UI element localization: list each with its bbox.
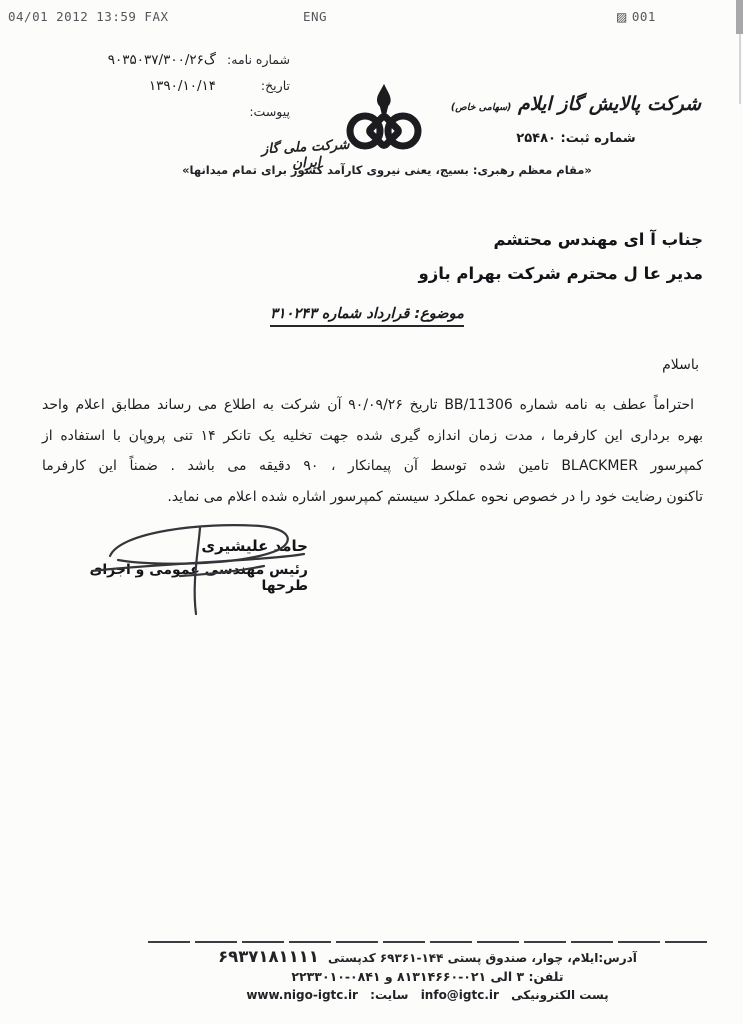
recipient-title: مدیر عا ل محترم شرکت بهرام بازو: [419, 257, 703, 291]
fax-station-label: ENG: [303, 9, 327, 24]
page-icon: ▨: [616, 11, 628, 23]
fax-timestamp: 04/01 2012 13:59 FAX: [8, 9, 169, 24]
letter-body: احتراماً عطف به نامه شماره BB/11306 تاری…: [42, 390, 703, 512]
body-line: احتراماً عطف به نامه شماره BB/11306 تاری…: [42, 390, 703, 421]
letter-meta-block: شماره نامه: گ۹۰۳۵۰۳۷/۳۰۰/۲۶ تاریخ: ۱۳۹۰/…: [108, 47, 290, 125]
footer-divider: [148, 941, 708, 943]
footer-website: www.nigo-igtc.ir: [246, 988, 358, 1002]
footer-address-line: آدرس:ایلام، چوار، صندوق پستی ۱۴۴-۶۹۳۶۱ ک…: [145, 947, 710, 968]
company-name-text: شرکت پالایش گاز ایلام: [518, 93, 701, 115]
recipient-block: جناب آ ای مهندس محتشم مدیر عا ل محترم شر…: [419, 223, 703, 291]
letter-number-value: گ۹۰۳۵۰۳۷/۳۰۰/۲۶: [108, 47, 216, 73]
footer-contact-line: پست الکترونیکی info@igtc.ir سایت: www.ni…: [145, 986, 710, 1005]
footer-email-label: پست الکترونیکی: [511, 988, 609, 1002]
fax-transmission-strip: 04/01 2012 13:59 FAX ENG ▨ 001: [0, 9, 743, 27]
fax-page-number: 001: [632, 9, 656, 24]
body-line: تاکنون رضایت خود را در خصوص نحوه عملکرد …: [42, 482, 703, 513]
body-line: بهره برداری این کارفرما ، مدت زمان انداز…: [42, 421, 703, 452]
letterhead-company-block: شرکت پالایش گاز ایلام (سهامی خاص) شماره …: [432, 92, 720, 146]
letter-number-row: شماره نامه: گ۹۰۳۵۰۳۷/۳۰۰/۲۶: [108, 47, 290, 73]
registration-number: شماره ثبت: ۲۵۴۸۰: [432, 131, 720, 146]
signature-block: حامد علیشیری رئیس مهندسی عمومی و اجرای ط…: [58, 537, 308, 594]
footer-block: آدرس:ایلام، چوار، صندوق پستی ۱۴۴-۶۹۳۶۱ ک…: [145, 947, 710, 1005]
company-type: (سهامی خاص): [451, 102, 511, 113]
scanned-fax-letter: 04/01 2012 13:59 FAX ENG ▨ 001 شماره نام…: [0, 0, 743, 1024]
letter-attachment-label: پیوست:: [222, 99, 290, 125]
footer-phone-line: تلفن: ۳ الی ۰۲۱-۸۱۳۱۴۶۶۰ و ۰۸۴۱-۲۲۳۳۰۱۰: [145, 968, 710, 986]
fax-page-indicator: ▨ 001: [616, 9, 656, 24]
letter-number-label: شماره نامه:: [222, 47, 290, 73]
footer-email: info@igtc.ir: [421, 988, 499, 1002]
recipient-name: جناب آ ای مهندس محتشم: [419, 223, 703, 257]
footer-postal-code: ۶۹۳۷۱۸۱۱۱۱: [218, 947, 319, 966]
subject-line: موضوع: قرارداد شماره ۳۱۰۲۴۳: [270, 306, 464, 327]
scan-artifact-edge: [739, 34, 741, 104]
salutation: باسلام: [662, 357, 699, 373]
signer-name: حامد علیشیری: [58, 537, 308, 555]
letterhead-motto: «مقام معظم رهبری: بسیج، یعنی نیروی کارآم…: [126, 163, 648, 177]
scan-artifact-corner: [736, 0, 743, 34]
letter-date-label: تاریخ:: [222, 73, 290, 99]
body-line: کمپرسور BLACKMER تامین شده توسط آن پیمان…: [42, 451, 703, 482]
footer-site-label: سایت:: [370, 988, 408, 1002]
signer-title: رئیس مهندسی عمومی و اجرای طرحها: [58, 562, 308, 594]
letter-attachment-row: پیوست:: [108, 99, 290, 125]
letter-date-value: ۱۳۹۰/۱۰/۱۴: [149, 73, 216, 99]
company-name: شرکت پالایش گاز ایلام (سهامی خاص): [432, 92, 720, 120]
letter-date-row: تاریخ: ۱۳۹۰/۱۰/۱۴: [108, 73, 290, 99]
footer-address: آدرس:ایلام، چوار، صندوق پستی ۱۴۴-۶۹۳۶۱ ک…: [328, 951, 637, 965]
